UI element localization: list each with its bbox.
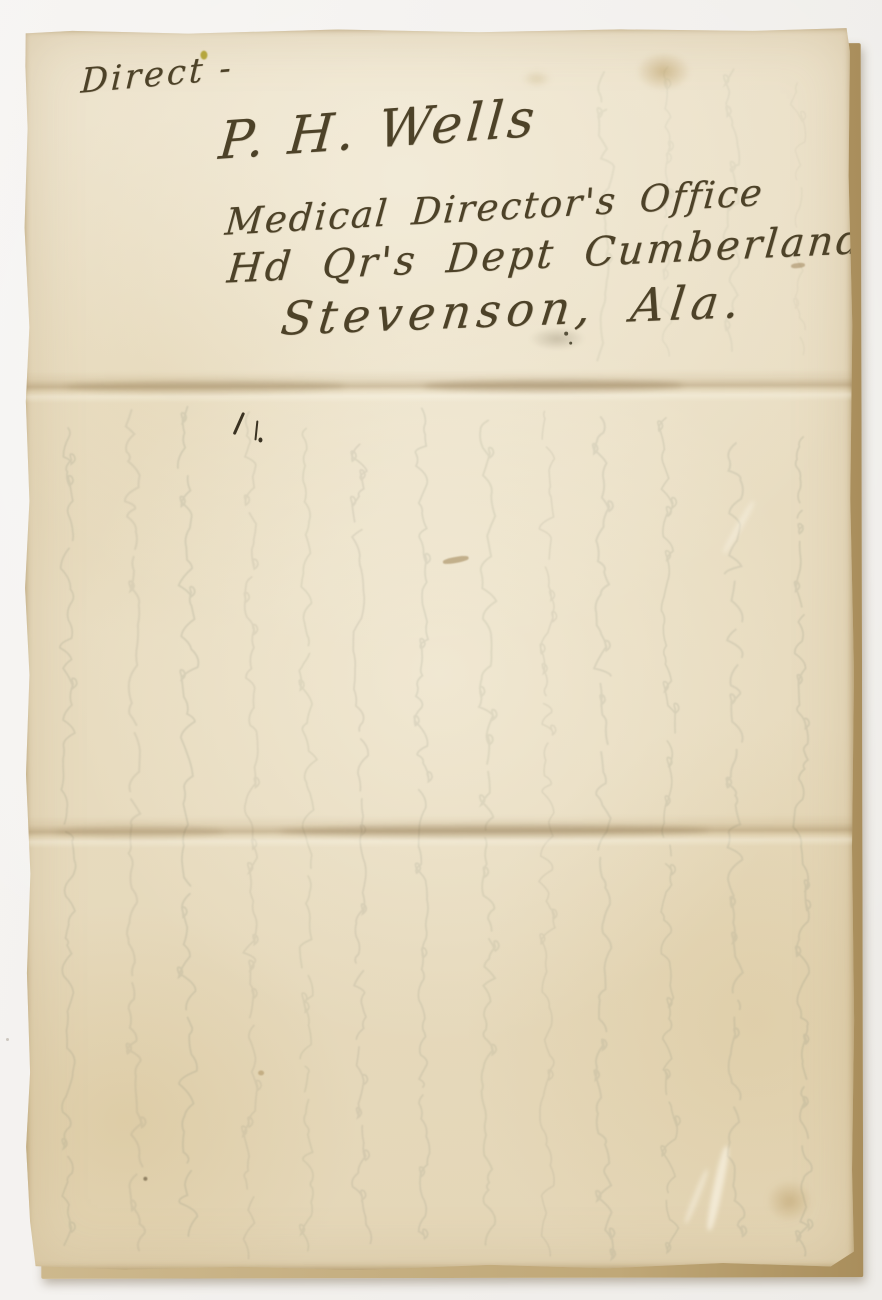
fold-crease-top: [23, 369, 853, 403]
age-stain-bottom-right: [758, 1173, 820, 1229]
letter-sheet: Direct - P. H. Wells Medical Director's …: [22, 27, 855, 1271]
paper-freckle: [143, 1177, 147, 1181]
wrinkle-highlight: [683, 1168, 710, 1224]
age-stain-top-faint: [516, 68, 556, 90]
backdrop-speck: [6, 1038, 9, 1041]
wrinkle-highlight: [721, 500, 756, 555]
fold-crease-bottom: [24, 814, 854, 848]
paper-freckle: [258, 1070, 264, 1075]
fold-stain: [65, 380, 345, 393]
fold-stain: [279, 824, 709, 837]
wrinkle-highlight: [705, 1145, 731, 1231]
fold-stain: [423, 379, 683, 392]
addressee-name: P. H. Wells: [216, 88, 540, 172]
paper-freckle: [442, 555, 469, 565]
fold-stain: [54, 826, 224, 838]
ink-dot: [569, 342, 572, 345]
ink-tick-mark: [233, 412, 245, 435]
ink-tick-dot: [258, 437, 262, 442]
age-stain-top: [626, 45, 700, 97]
direction-label: Direct -: [80, 48, 235, 102]
